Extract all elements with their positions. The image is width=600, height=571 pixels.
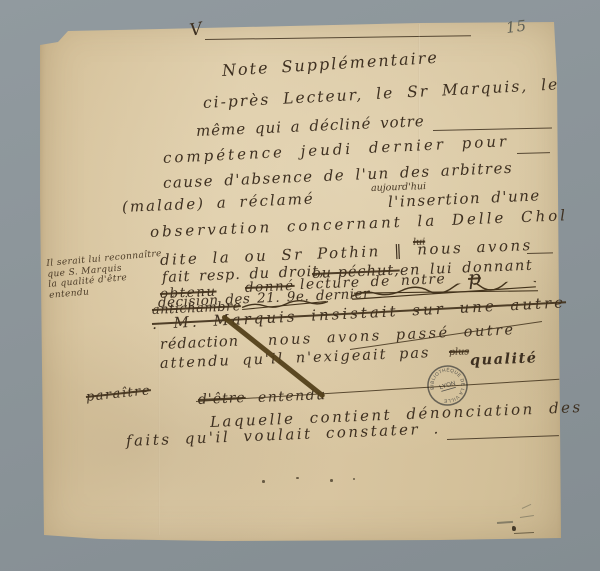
scan-background: V 15 Note Supplémentaire ci-près Lecteur… — [0, 0, 600, 571]
note-title: Note Supplémentaire — [221, 48, 439, 80]
filler-dash — [517, 152, 550, 154]
margin-note: Il serait lui reconnaître que S. Marquis… — [46, 249, 165, 301]
line-l05a: (malade) a réclamé — [122, 190, 315, 216]
long-strike-line — [196, 379, 559, 403]
filler-dash — [433, 128, 552, 132]
ink-speck — [330, 479, 333, 482]
check-mark: V — [188, 19, 204, 41]
pencil-mark — [520, 515, 534, 518]
line-l01: ci-près Lecteur, le Sr Marquis, le — [203, 75, 560, 112]
ink-blot — [512, 526, 516, 531]
ink-speck — [353, 478, 355, 480]
insertion-plus-struck: plus — [449, 346, 469, 358]
pencil-mark — [497, 521, 513, 524]
closing-rule — [447, 435, 559, 440]
ink-speck — [296, 477, 299, 479]
ink-speck — [262, 480, 265, 483]
paper-crease — [158, 320, 160, 535]
filler-dash — [527, 252, 553, 254]
line-l13a: rédaction — [160, 334, 240, 353]
top-rule — [205, 35, 471, 40]
pencil-mark — [522, 504, 532, 509]
ink-mark — [514, 532, 534, 534]
line-l14b: qualité — [470, 349, 538, 369]
line-l02: même qui a décliné votre — [196, 112, 425, 140]
page-number: 15 — [505, 16, 528, 36]
line-l13b: nous avons passé outre — [268, 322, 516, 349]
line-l15a-crossed: paraître — [85, 383, 152, 405]
manuscript-content: V 15 Note Supplémentaire ci-près Lecteur… — [0, 0, 600, 571]
